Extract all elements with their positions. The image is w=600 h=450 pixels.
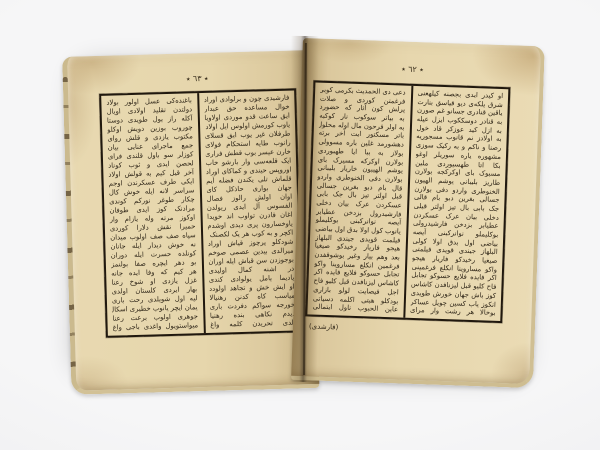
text-line: عاین الحبوب ناول ایتمالی bbox=[312, 303, 398, 315]
left-page-inner-column: فارشیدی چون و برلوادی اورادخوال مساعده ح… bbox=[199, 90, 301, 333]
text-line: بوخالا هر رشت وار مرای bbox=[410, 306, 496, 318]
left-text-block: باغنده‌کی عسل اولور بولاددولتدن تقلید او… bbox=[99, 88, 303, 337]
right-page-number: ٭ ٦٢ ٭ bbox=[314, 61, 511, 77]
right-page-inner-column: دعی دی الحمدیث بکرمی کوبیفرغمتن کوردی و … bbox=[307, 82, 411, 317]
right-text-block: دعی دی الحمدیث بکرمی کوبیفرغمتن کوردی و … bbox=[305, 80, 510, 323]
left-page-outer-column: باغنده‌کی عسل اولور بولاددولتدن تقلید او… bbox=[101, 93, 203, 336]
right-page-outer-column: او کیدر ایدی بجصنه کیلهعنیشرق یلکه‌ی دیو… bbox=[405, 86, 509, 321]
photo-background: ٭ ٦٣ ٭ باغنده‌کی عسل اولور بولاددولتدن ت… bbox=[0, 0, 600, 450]
text-line: میواستویول واغدی باجی واغ bbox=[113, 321, 199, 332]
text-line: آلدی تحریدن کلمه واغ bbox=[210, 319, 296, 330]
catchword: (قارشدی) bbox=[309, 322, 339, 331]
left-page: ٭ ٦٣ ٭ باغنده‌کی عسل اولور بولاددولتدن ت… bbox=[62, 50, 319, 395]
right-page-surface: ٭ ٦٢ ٭ دعی دی الحمدیث بکرمی کوبیفرغمتن ک… bbox=[291, 38, 541, 384]
left-page-surface: ٭ ٦٣ ٭ باغنده‌کی عسل اولور بولاددولتدن ت… bbox=[67, 50, 319, 391]
left-page-number: ٭ ٦٣ ٭ bbox=[99, 71, 296, 85]
right-page: ٭ ٦٢ ٭ دعی دی الحمدیث بکرمی کوبیفرغمتن ک… bbox=[291, 38, 545, 388]
